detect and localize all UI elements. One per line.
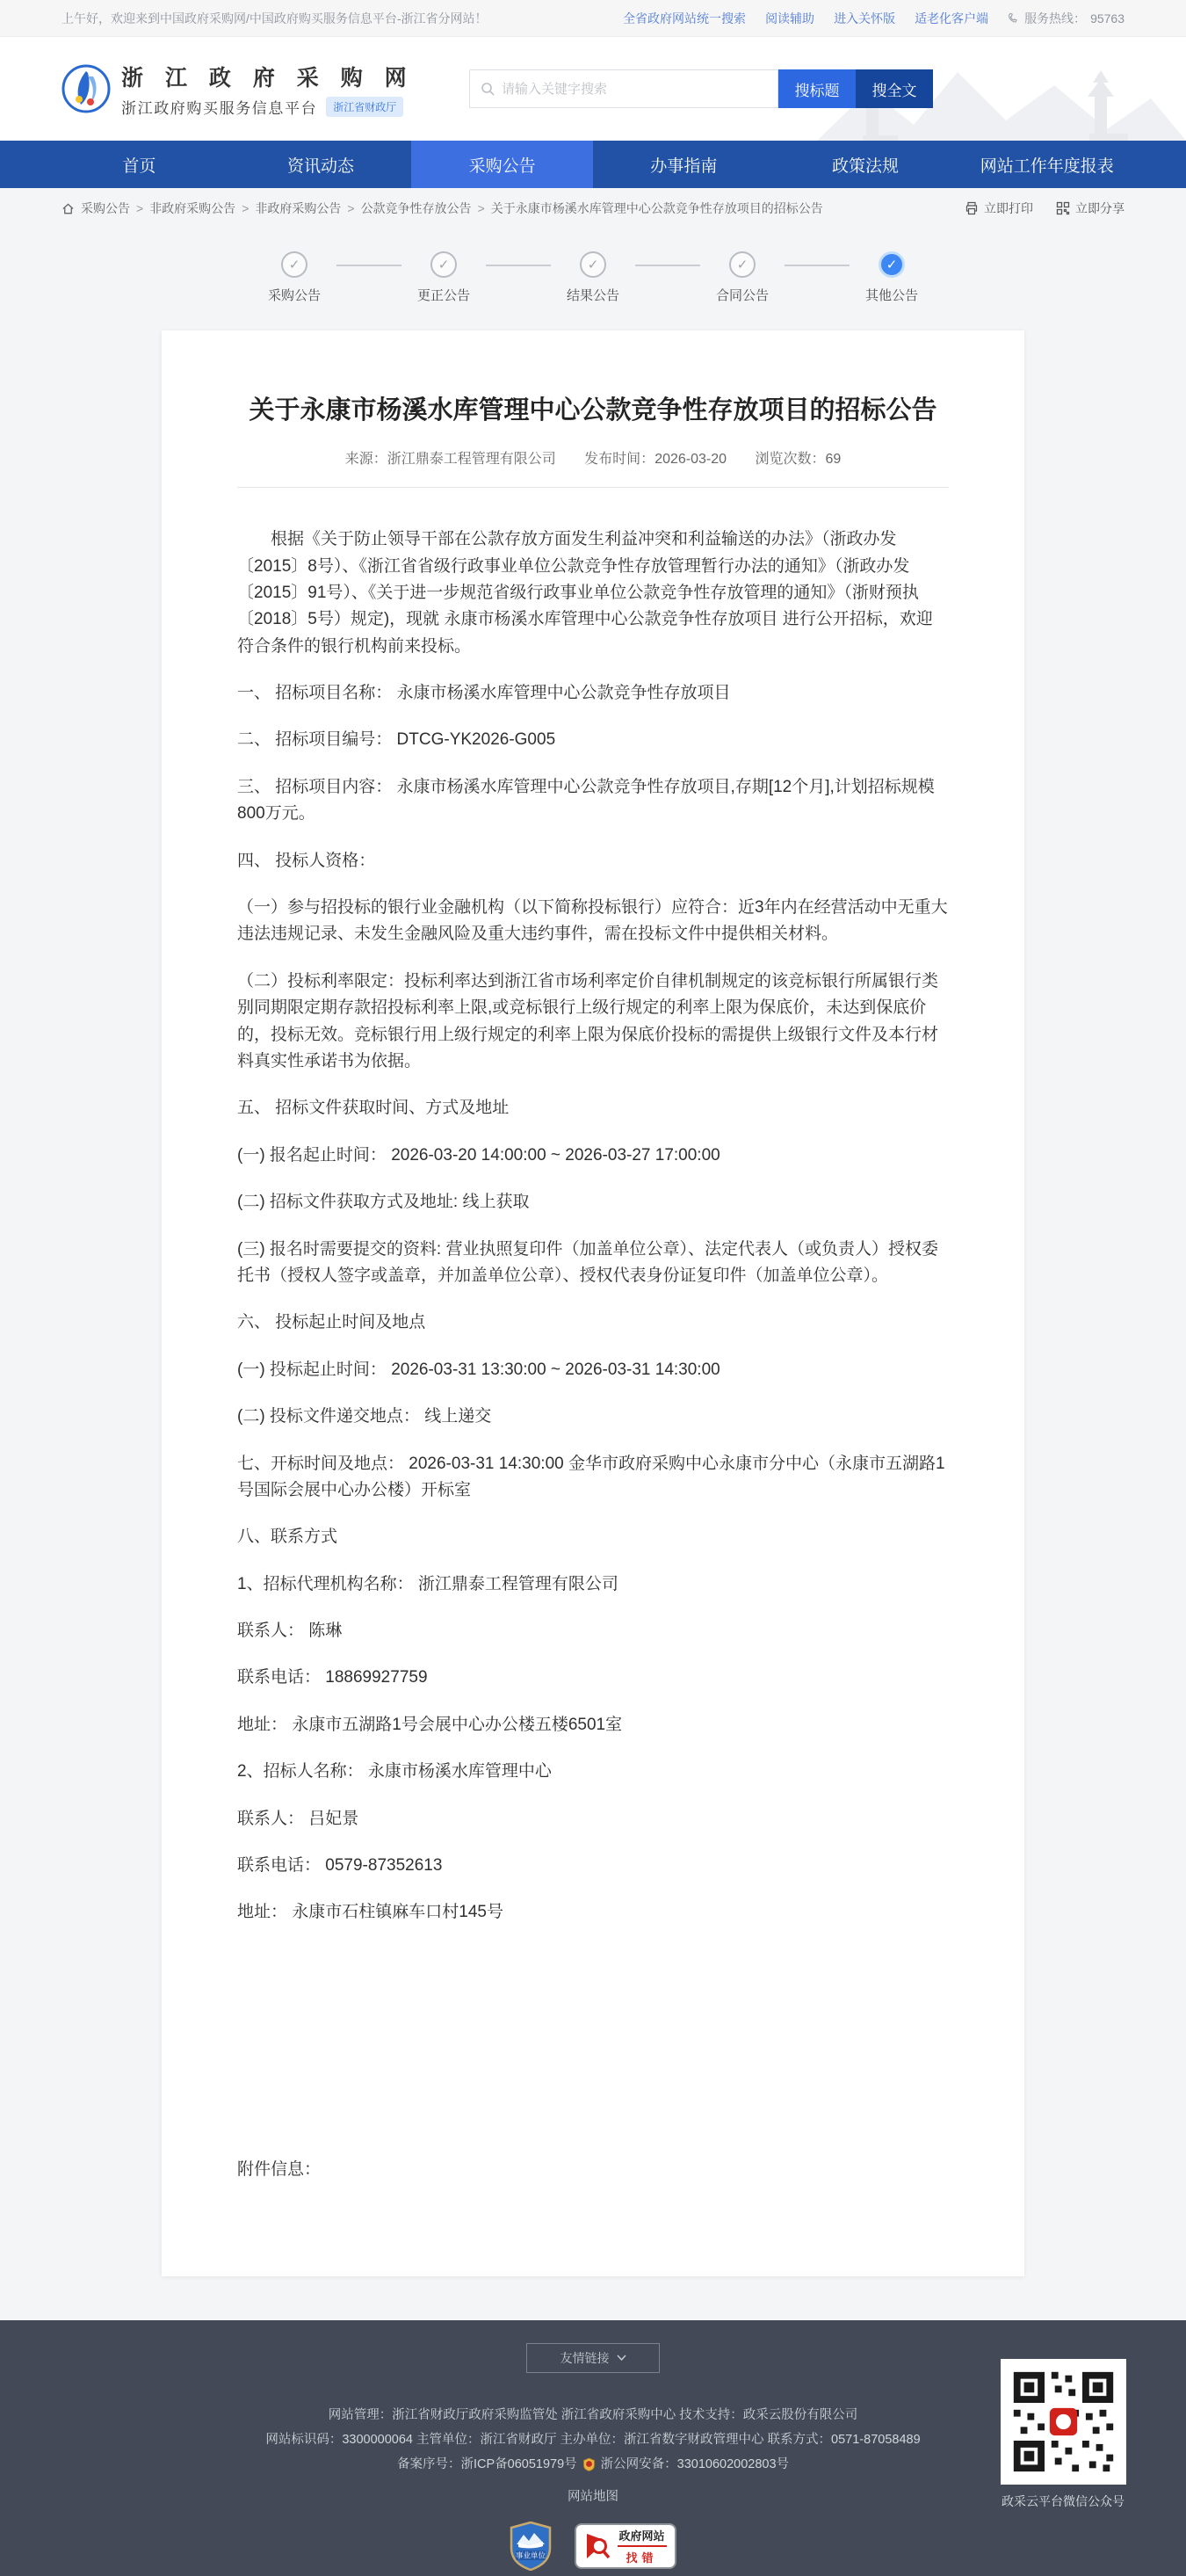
paragraph: 地址： 永康市石柱镇麻车口村145号 <box>237 1899 949 1926</box>
step-connector <box>785 265 850 266</box>
share-qr-icon <box>1056 201 1070 215</box>
welcome-text: 上午好，欢迎来到中国政府采购网/中国政府购买服务信息平台-浙江省分网站！ <box>61 10 488 27</box>
step-connector <box>486 265 551 266</box>
police-badge-icon <box>582 2457 596 2471</box>
source-value: 浙江鼎泰工程管理有限公司 <box>387 452 556 467</box>
step-contract-announcement[interactable]: ✓ 合同公告 <box>700 251 785 304</box>
step-check-icon: ✓ <box>430 251 457 278</box>
step-check-icon: ✓ <box>281 251 307 278</box>
paragraph: 联系电话： 0579-87352613 <box>237 1853 949 1879</box>
paragraph: (三) 报名时需要提交的资料: 营业执照复印件（加盖单位公章）、法定代表人（或负… <box>237 1237 949 1290</box>
paragraph: 六、 投标起止时间及地点 <box>237 1310 949 1336</box>
reading-assist-link[interactable]: 阅读辅助 <box>765 10 814 27</box>
search-fulltext-button[interactable]: 搜全文 <box>856 69 933 108</box>
article-meta: 来源：浙江鼎泰工程管理有限公司 发布时间：2026-03-20 浏览次数：69 <box>237 447 949 488</box>
wechat-qr-code <box>1001 2359 1126 2485</box>
phone-icon <box>1008 12 1020 25</box>
announcement-stepper: ✓ 采购公告 ✓ 更正公告 ✓ 结果公告 ✓ 合同公告 ✓ 其他公告 <box>0 229 1186 330</box>
step-other-announcement[interactable]: ✓ 其他公告 <box>850 251 934 304</box>
sitemap-link[interactable]: 网站地图 <box>568 2485 618 2509</box>
crumb-procurement[interactable]: 采购公告 <box>81 200 130 217</box>
nav-item-procurement-announcements[interactable]: 采购公告 <box>411 141 593 188</box>
error-badge-title: 政府网站 <box>618 2527 664 2543</box>
publish-label: 发布时间： <box>584 452 654 467</box>
step-check-icon-active: ✓ <box>879 251 905 278</box>
page-title: 关于永康市杨溪水库管理中心公款竞争性存放项目的招标公告 <box>237 394 949 428</box>
breadcrumb: 采购公告 > 非政府采购公告 > 非政府采购公告 > 公款竞争性存放公告 > 关… <box>61 200 823 217</box>
paragraph: 联系人： 陈琳 <box>237 1618 949 1644</box>
source-label: 来源： <box>345 452 387 467</box>
paragraph: 一、 招标项目名称： 永康市杨溪水库管理中心公款竞争性存放项目 <box>237 680 949 707</box>
article-body: 根据《关于防止领导干部在公款存放方面发生利益冲突和利益输送的办法》（浙政办发〔2… <box>237 526 949 1927</box>
error-badge-subtitle: 找错 <box>626 2549 657 2565</box>
paragraph: (一) 报名起止时间： 2026-03-20 14:00:00 ~ 2026-0… <box>237 1143 949 1169</box>
care-version-link[interactable]: 进入关怀版 <box>834 10 895 27</box>
error-report-badge[interactable]: 政府网站 找错 <box>575 2523 676 2569</box>
site-title-block: 浙 江 政 府 采 购 网 浙江政府购买服务信息平台 浙江省财政厅 <box>121 61 415 118</box>
publish-date: 2026-03-20 <box>654 452 727 467</box>
hotline-number: 95763 <box>1090 11 1125 25</box>
unified-search-link[interactable]: 全省政府网站统一搜索 <box>623 10 746 27</box>
home-icon <box>61 202 75 215</box>
paragraph: 2、招标人名称： 永康市杨溪水库管理中心 <box>237 1759 949 1785</box>
nav-item-news[interactable]: 资讯动态 <box>230 141 412 188</box>
step-result-announcement[interactable]: ✓ 结果公告 <box>551 251 635 304</box>
qr-caption: 政采云平台微信公众号 <box>984 2493 1142 2510</box>
site-subtitle: 浙江政府购买服务信息平台 <box>121 96 317 118</box>
site-header: 浙 江 政 府 采 购 网 浙江政府购买服务信息平台 浙江省财政厅 搜标题 搜全… <box>0 37 1186 141</box>
print-button[interactable]: 立即打印 <box>965 200 1033 217</box>
service-hotline: 服务热线： 95763 <box>1008 10 1125 27</box>
paragraph: 五、 招标文件获取时间、方式及地址 <box>237 1095 949 1121</box>
search-title-button[interactable]: 搜标题 <box>778 69 856 108</box>
paragraph: 七、开标时间及地点： 2026-03-31 14:30:00 金华市政府采购中心… <box>237 1451 949 1505</box>
search-area: 搜标题 搜全文 <box>469 69 933 108</box>
top-utility-bar: 上午好，欢迎来到中国政府采购网/中国政府购买服务信息平台-浙江省分网站！ 全省政… <box>0 0 1186 37</box>
paragraph: （一）参与招投标的银行业金融机构（以下简称投标银行）应符合：近3年内在经营活动中… <box>237 895 949 948</box>
paragraph: 1、招标代理机构名称： 浙江鼎泰工程管理有限公司 <box>237 1571 949 1598</box>
magnifier-flag-icon <box>585 2532 611 2560</box>
crumb-current-page: 关于永康市杨溪水库管理中心公款竞争性存放项目的招标公告 <box>491 200 823 217</box>
attachments-label: 附件信息： <box>237 2156 949 2180</box>
paragraph: 根据《关于防止领导干部在公款存放方面发生利益冲突和利益输送的办法》（浙政办发〔2… <box>237 526 949 660</box>
paragraph: 二、 招标项目编号： DTCG-YK2026-G005 <box>237 727 949 753</box>
main-nav: 首页 资讯动态 采购公告 办事指南 政策法规 网站工作年度报表 <box>0 141 1186 188</box>
breadcrumb-bar: 采购公告 > 非政府采购公告 > 非政府采购公告 > 公款竞争性存放公告 > 关… <box>0 188 1186 229</box>
paragraph: (一) 投标起止时间： 2026-03-31 13:30:00 ~ 2026-0… <box>237 1357 949 1383</box>
site-footer: 友情链接 网站管理：浙江省财政厅政府采购监管处 浙江省政府采购中心 技术支持：政… <box>0 2320 1186 2576</box>
crumb-deposit-announcements[interactable]: 公款竞争性存放公告 <box>361 200 472 217</box>
paragraph: 八、联系方式 <box>237 1524 949 1550</box>
svg-text:事业单位: 事业单位 <box>516 2551 546 2559</box>
paragraph: (二) 投标文件递交地点： 线上递交 <box>237 1404 949 1430</box>
step-correction-announcement[interactable]: ✓ 更正公告 <box>401 251 486 304</box>
nav-item-annual-report[interactable]: 网站工作年度报表 <box>956 141 1138 188</box>
footer-police-record: 浙公网安备：33010602002803号 <box>601 2452 789 2477</box>
paragraph: (二) 招标文件获取方式及地址: 线上获取 <box>237 1189 949 1215</box>
hotline-label: 服务热线： <box>1024 10 1086 27</box>
paragraph: 地址： 永康市五湖路1号会展中心办公楼五楼6501室 <box>237 1712 949 1738</box>
step-check-icon: ✓ <box>729 251 756 278</box>
step-check-icon: ✓ <box>580 251 606 278</box>
share-button[interactable]: 立即分享 <box>1056 200 1125 217</box>
site-logo-emblem <box>61 64 111 113</box>
spacer <box>237 1947 949 2156</box>
views-label: 浏览次数： <box>755 452 825 467</box>
views-count: 69 <box>826 452 842 467</box>
search-box <box>469 69 778 108</box>
step-connector <box>336 265 401 266</box>
nav-item-home[interactable]: 首页 <box>48 141 230 188</box>
announcement-card: 关于永康市杨溪水库管理中心公款竞争性存放项目的招标公告 来源：浙江鼎泰工程管理有… <box>162 330 1024 2276</box>
search-icon <box>481 82 495 96</box>
finance-dept-badge: 浙江省财政厅 <box>326 97 403 117</box>
nav-item-policies[interactable]: 政策法规 <box>775 141 957 188</box>
site-logo[interactable]: 浙 江 政 府 采 购 网 浙江政府购买服务信息平台 浙江省财政厅 <box>61 61 415 118</box>
printer-icon <box>965 201 979 215</box>
crumb-non-gov-2[interactable]: 非政府采购公告 <box>255 200 341 217</box>
divider <box>618 2545 667 2547</box>
chevron-down-icon <box>617 2355 626 2361</box>
friend-links-dropdown[interactable]: 友情链接 <box>526 2343 660 2373</box>
paragraph: 四、 投标人资格： <box>237 848 949 874</box>
site-name: 浙 江 政 府 采 购 网 <box>121 61 415 92</box>
paragraph: 联系电话： 18869927759 <box>237 1665 949 1691</box>
step-procurement-announcement[interactable]: ✓ 采购公告 <box>252 251 336 304</box>
institution-shield-badge[interactable]: 事业单位 <box>510 2522 552 2571</box>
search-input[interactable] <box>502 82 767 97</box>
footer-icp-record: 备案序号：浙ICP备06051979号 <box>397 2452 577 2477</box>
paragraph: （二）投标利率限定：投标利率达到浙江省市场利率定价自律机制规定的该竞标银行所属银… <box>237 969 949 1076</box>
nav-item-service-guide[interactable]: 办事指南 <box>593 141 775 188</box>
paragraph: 联系人： 吕妃景 <box>237 1806 949 1832</box>
step-connector <box>635 265 700 266</box>
crumb-non-gov[interactable]: 非政府采购公告 <box>149 200 235 217</box>
elder-client-link[interactable]: 适老化客户端 <box>915 10 988 27</box>
paragraph: 三、 招标项目内容： 永康市杨溪水库管理中心公款竞争性存放项目,存期[12个月]… <box>237 774 949 828</box>
